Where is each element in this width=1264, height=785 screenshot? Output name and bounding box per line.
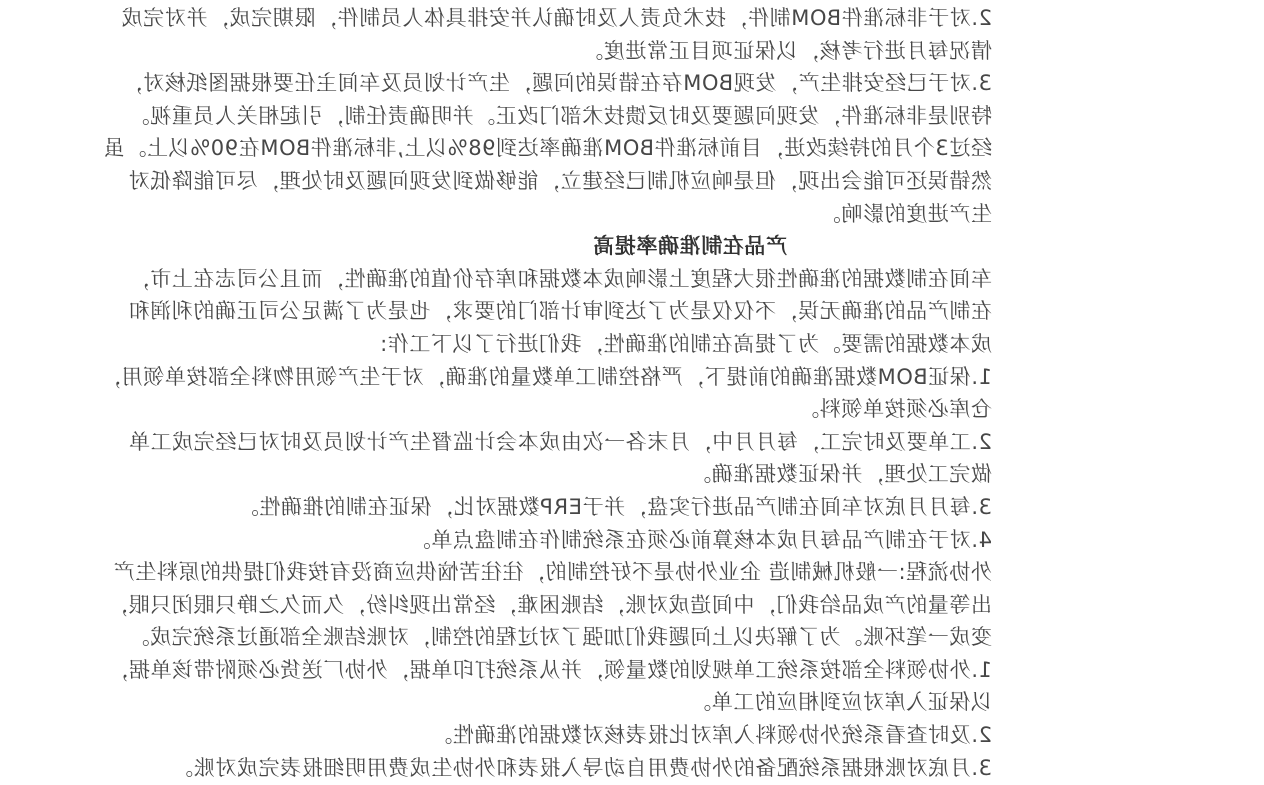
paragraph-line: 仓库必须按单领料。 (52, 393, 992, 426)
paragraph-line: 4.对于在制产品每月成本核算前必须在系统制作在制盘点单。 (52, 524, 992, 557)
paragraph-line: 做完工处理，并保证数据准确。 (52, 458, 992, 491)
paragraph-line: 2.对于非标准件BOM制件，技术负责人及时确认并安排具体人员制件，限期完成，并对… (52, 2, 992, 35)
paragraph-line: 出等量的产成品给我们，中间造成对账，结账困难，经常出现纠纷，久而久之睁只眼闭只眼… (52, 589, 992, 622)
paragraph-line: 经过3个月的持续改进，目前标准件BOM准确率达到98%以上,非标准件BOM在90… (52, 132, 992, 165)
paragraph-line: 生产进度的影响。 (52, 198, 992, 231)
section-heading: 产品在制准确率提高 (52, 230, 992, 263)
paragraph-line: 3.对于已经安排生产，发现BOM存在错误的问题，生产计划员及车间主任要根据图纸核… (52, 67, 992, 100)
paragraph-line: 情况每月进行考核，以保证项目正常进度。 (52, 35, 992, 68)
paragraph-line: 外协流程:一般机械制造 企业外协是不好控制的，往往苦恼供应商没有按我们提供的原料… (52, 556, 992, 589)
paragraph-line: 3.每月月底对车间在制产品进行实盘，并于ERP数据对比，保证在制的推确性。 (52, 491, 992, 524)
paragraph-line: 2.及时查看系统外协领料入库对比报表核对数据的准确性。 (52, 719, 992, 752)
paragraph-line: 以保证入库对应到相应的工单。 (52, 686, 992, 719)
paragraph-line: 1.保证BOM数据准确的前提下，严格控制工单数量的准确，对于生产领用物料全部按单… (52, 361, 992, 394)
paragraph-line: 变成一笔坏账。为了解决以上问题我们加强了对过程的控制，对账结账全部通过系统完成。 (52, 621, 992, 654)
paragraph-line: 2.工单要及时完工，每月月中，月末各一次由成本会计监督生产计划员及时对已经完成工… (52, 426, 992, 459)
paragraph-line: 成本数据的需要。为了提高在制的准确性，我们进行了以下工作: (52, 328, 992, 361)
paragraph-line: 车间在制数据的准确性很大程度上影响成本数据和库存价值的准确性，而且公司志在上市， (52, 263, 992, 296)
paragraph-line: 3.月底对账根据系统配备的外协费用自动导入报表和外协生成费用明细报表完成对账。 (52, 752, 992, 785)
paragraph-line: 特别是非标准件，发现问题要及时反馈技术部门改正。并明确责任制，引起相关人员重视。 (52, 100, 992, 133)
paragraph-line: 然错误还可能会出现，但是响应机制已经建立，能够做到发现问题及时处理，尽可能降低对 (52, 165, 992, 198)
document-body: 2.对于非标准件BOM制件，技术负责人及时确认并安排具体人员制件，限期完成，并对… (52, 2, 992, 784)
paragraph-line: 1.外协领料全部按系统工单规划的数量领，并从系统打印单据，外协厂送货必须附带该单… (52, 654, 992, 687)
mirrored-document-page: 2.对于非标准件BOM制件，技术负责人及时确认并安排具体人员制件，限期完成，并对… (0, 0, 1264, 785)
paragraph-line: 在制产品的准确无误，不仅仅是为了达到审计部门的要求，也是为了满足公司正确的利润和 (52, 295, 992, 328)
